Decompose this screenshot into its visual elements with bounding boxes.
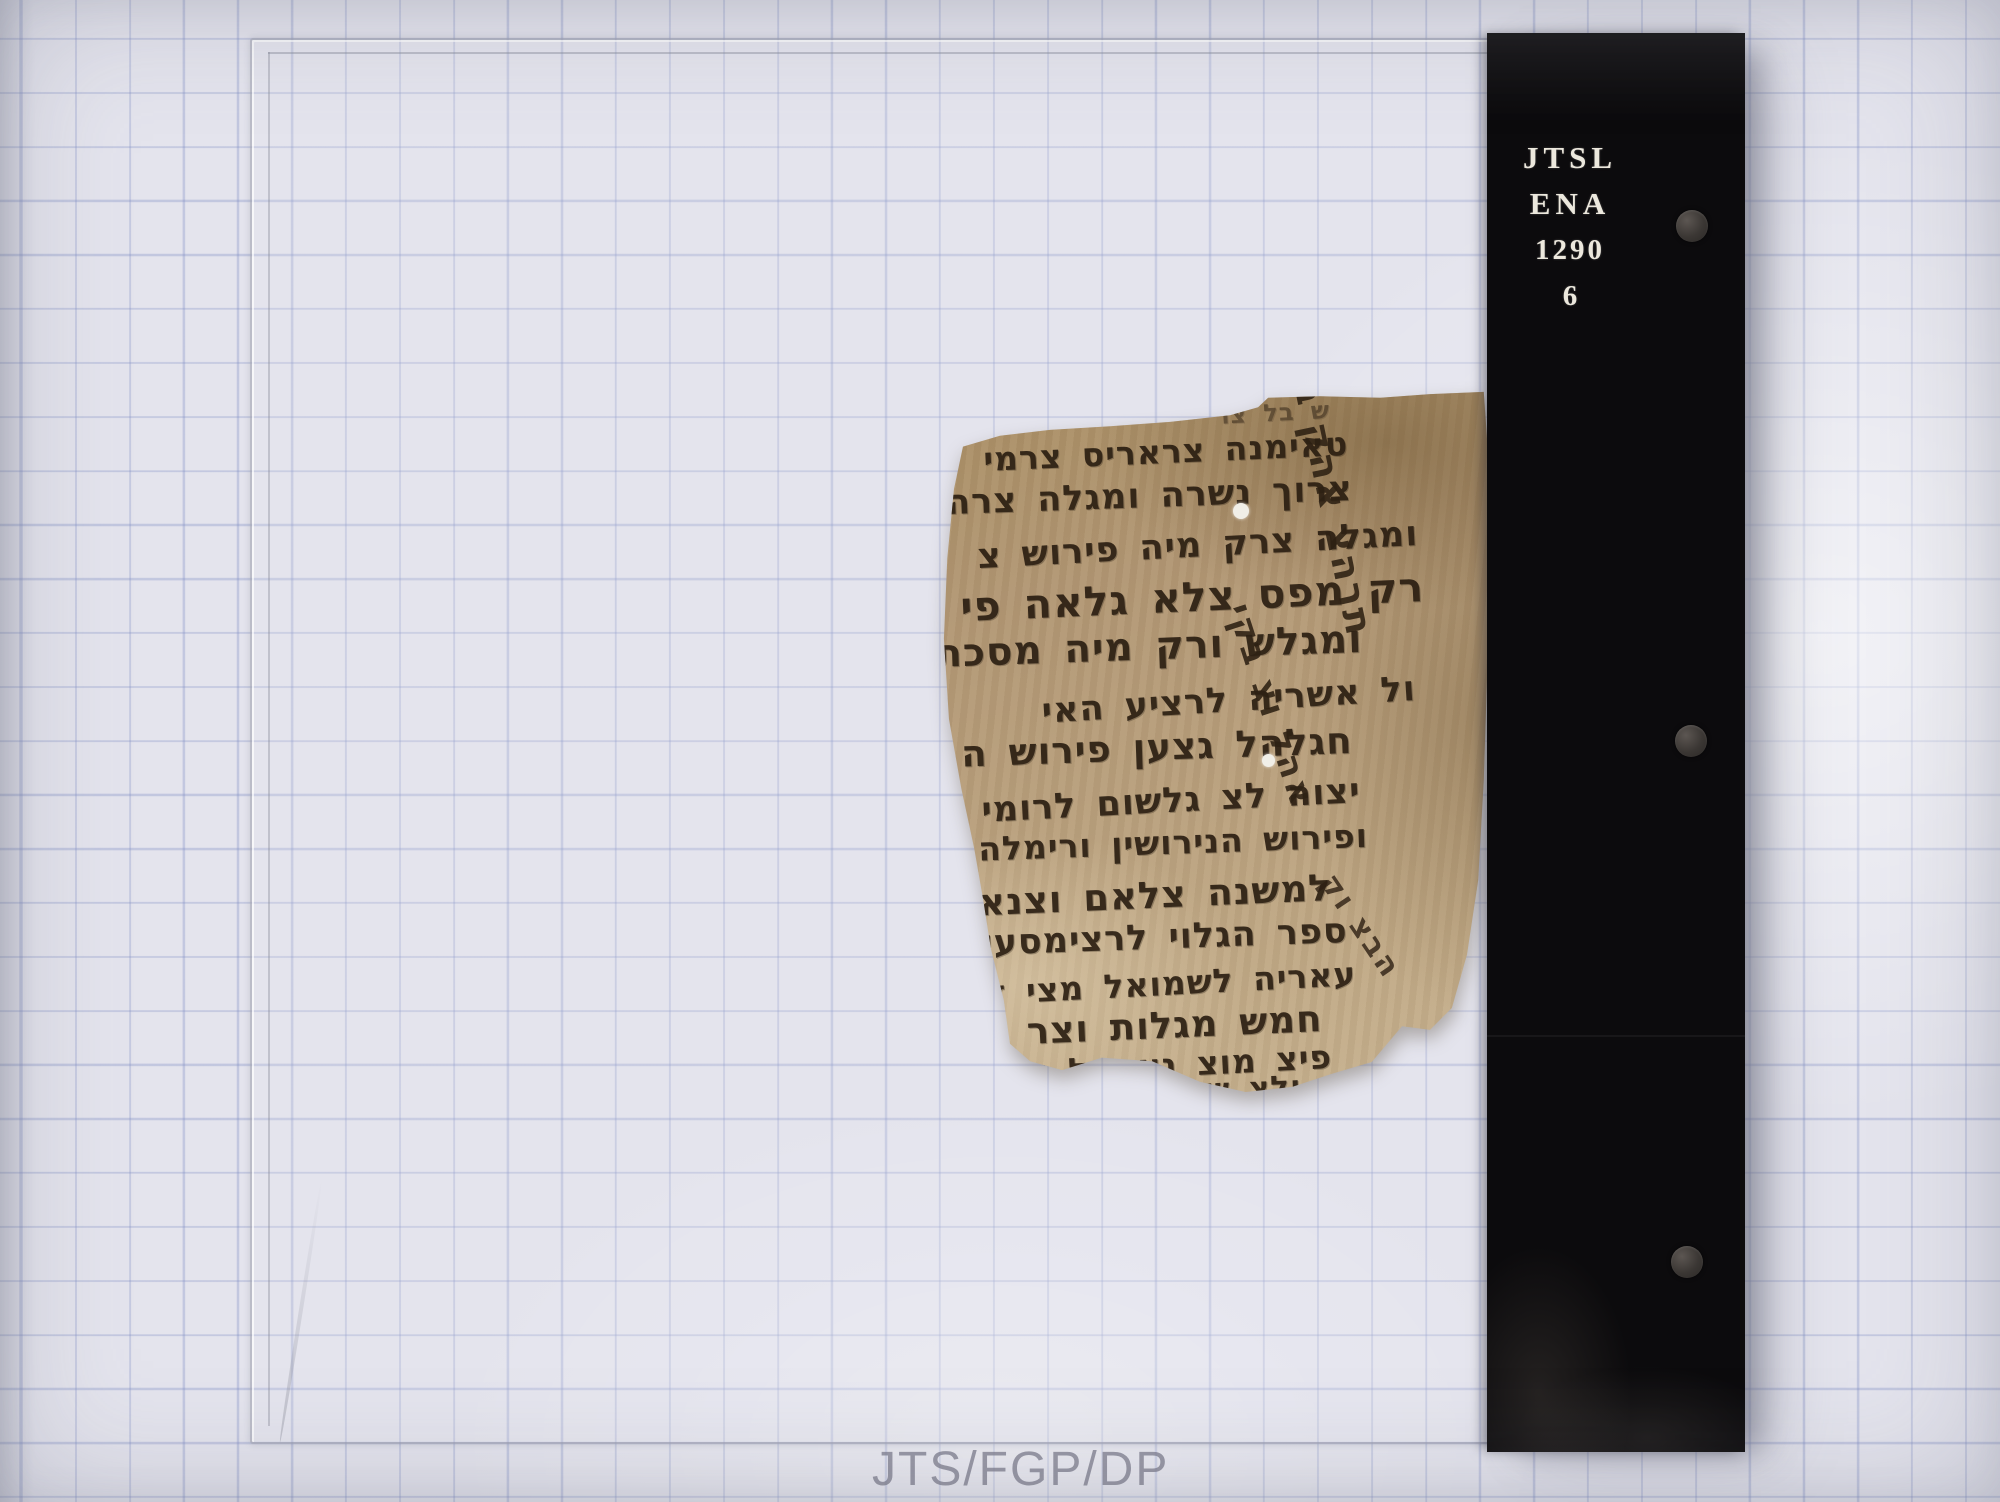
sleeve-wrinkle <box>278 1177 324 1442</box>
manuscript-text-line: צרוך נשרה ומגלה צרהנפ <box>904 469 1352 525</box>
manuscript-fragment: ש בל צו טאימנה צראריס צרמי צרוך נשרה ומג… <box>940 370 1500 1100</box>
fragment-parchment: ש בל צו טאימנה צראריס צרמי צרוך נשרה ומג… <box>940 370 1500 1100</box>
wormhole-spot <box>1262 754 1275 767</box>
strap-seam <box>1487 1035 1745 1037</box>
photo-canvas: ש בל צו טאימנה צראריס צרמי צרוך נשרה ומג… <box>0 0 2000 1502</box>
shelfmark-line-folio: 6 <box>1487 273 1653 319</box>
rivet-hole <box>1675 725 1707 757</box>
sleeve-top-fold-line <box>268 52 1492 54</box>
binder-strap: JTSL ENA 1290 6 <box>1487 33 1745 1452</box>
sleeve-left-fold-line <box>268 52 270 1426</box>
fragment-text-block: ש בל צו טאימנה צראריס צרמי צרוך נשרה ומג… <box>940 370 1500 1100</box>
rivet-hole <box>1676 210 1708 242</box>
watermark-text: JTS/FGP/DP <box>872 1444 1169 1496</box>
shelfmark-label: JTSL ENA 1290 6 <box>1487 135 1653 319</box>
rivet-hole <box>1671 1246 1703 1278</box>
shelfmark-line-library: JTSL <box>1487 135 1653 181</box>
shelfmark-line-collection: ENA <box>1487 181 1653 227</box>
shelfmark-line-number: 1290 <box>1487 227 1653 273</box>
wormhole-spot <box>1233 503 1249 519</box>
